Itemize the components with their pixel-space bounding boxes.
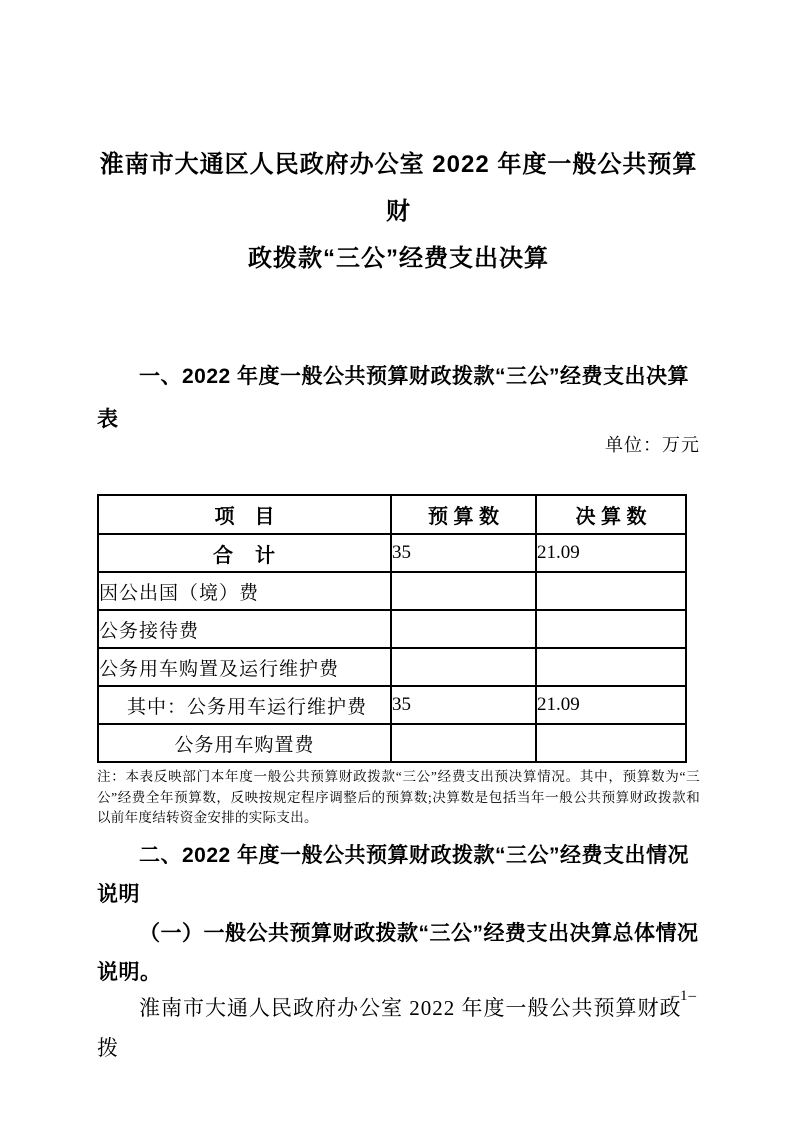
column-header-item: 项 目 — [98, 495, 391, 534]
cell-final — [536, 724, 686, 762]
cell-budget: 35 — [391, 686, 536, 724]
section2-heading: 二、2022 年度一般公共预算财政拨款“三公”经费支出情况说明 — [97, 836, 700, 914]
document-page: 淮南市大通区人民政府办公室 2022 年度一般公共预算财 政拨款“三公”经费支出… — [0, 0, 793, 1122]
cell-item: 公务接待费 — [98, 610, 391, 648]
cell-budget — [391, 724, 536, 762]
cell-item: 因公出国（境）费 — [98, 572, 391, 610]
table-row-vehicle-operation: 其中：公务用车运行维护费 35 21.09 — [98, 686, 686, 724]
cell-final — [536, 610, 686, 648]
cell-final — [536, 572, 686, 610]
cell-item: 公务用车购置费 — [98, 724, 391, 762]
table-header-row: 项 目 预 算 数 决 算 数 — [98, 495, 686, 534]
cell-final: 21.09 — [536, 534, 686, 572]
three-public-expense-table: 项 目 预 算 数 决 算 数 合 计 35 21.09 因公出国（境）费 公务… — [97, 494, 687, 763]
cell-budget — [391, 572, 536, 610]
table-row-vehicle-purchase: 公务用车购置费 — [98, 724, 686, 762]
column-header-final: 决 算 数 — [536, 495, 686, 534]
table-row-total: 合 计 35 21.09 — [98, 534, 686, 572]
body-paragraph: 淮南市大通人民政府办公室 2022 年度一般公共预算财政拨 — [97, 988, 700, 1068]
page-number: –1– — [672, 988, 698, 1005]
cell-final — [536, 648, 686, 686]
unit-label: 单位：万元 — [97, 431, 700, 459]
table-row-abroad-fee: 因公出国（境）费 — [98, 572, 686, 610]
table-row-vehicle-purchase-and-operation: 公务用车购置及运行维护费 — [98, 648, 686, 686]
table-row-reception-fee: 公务接待费 — [98, 610, 686, 648]
cell-item: 公务用车购置及运行维护费 — [98, 648, 391, 686]
column-header-budget: 预 算 数 — [391, 495, 536, 534]
cell-item: 其中：公务用车运行维护费 — [98, 686, 391, 724]
cell-budget — [391, 610, 536, 648]
cell-budget: 35 — [391, 534, 536, 572]
cell-item: 合 计 — [98, 534, 391, 572]
cell-final: 21.09 — [536, 686, 686, 724]
section1-heading: 一、2022 年度一般公共预算财政拨款“三公”经费支出决算表 — [97, 355, 700, 441]
table-note: 注：本表反映部门本年度一般公共预算财政拨款“三公”经费支出预决算情况。其中，预算… — [97, 767, 700, 829]
document-title: 淮南市大通区人民政府办公室 2022 年度一般公共预算财 政拨款“三公”经费支出… — [97, 141, 700, 282]
subsection1-heading: （一）一般公共预算财政拨款“三公”经费支出决算总体情况说明。 — [97, 914, 700, 992]
cell-budget — [391, 648, 536, 686]
